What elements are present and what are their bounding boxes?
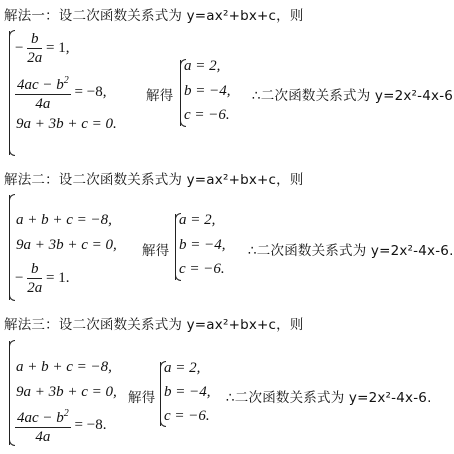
method-1-solve-label: 解得 bbox=[146, 84, 173, 104]
solution-a: a = 2, bbox=[184, 58, 220, 75]
solution-c: c = −6. bbox=[184, 107, 230, 124]
method-1-heading: 解法一：设二次函数关系式为 y=ax²+bx+c，则 bbox=[4, 4, 304, 24]
method-3-solve-label: 解得 bbox=[128, 386, 155, 406]
brace-tip-icon bbox=[4, 390, 10, 396]
equation-1: − b2a = 1, bbox=[15, 30, 69, 67]
equation-3: 4ac − b24a = −8. bbox=[15, 405, 106, 446]
method-2-solve-label: 解得 bbox=[142, 239, 169, 259]
brace-tip-icon bbox=[155, 390, 161, 396]
left-brace-icon bbox=[9, 31, 10, 155]
solution-b: b = −4, bbox=[179, 237, 226, 254]
solution-c: c = −6. bbox=[179, 261, 225, 278]
equation-1: a + b + c = −8, bbox=[16, 212, 112, 229]
equation-2: 4ac − b24a = −8, bbox=[15, 72, 106, 113]
equation-3: 9a + 3b + c = 0. bbox=[16, 116, 117, 133]
method-1-conclusion: ∴二次函数关系式为 y=2x²-4x-6. bbox=[252, 84, 454, 104]
method-2-heading: 解法二：设二次函数关系式为 y=ax²+bx+c，则 bbox=[4, 168, 304, 188]
solution-a: a = 2, bbox=[179, 212, 215, 229]
equation-2: 9a + 3b + c = 0, bbox=[16, 384, 117, 401]
brace-tip-icon bbox=[4, 87, 10, 93]
method-3-heading: 解法三：设二次函数关系式为 y=ax²+bx+c，则 bbox=[4, 313, 304, 333]
brace-tip-icon bbox=[4, 242, 10, 248]
equation-1: a + b + c = −8, bbox=[16, 359, 112, 376]
solution-b: b = −4, bbox=[164, 384, 211, 401]
solution-c: c = −6. bbox=[164, 408, 210, 425]
method-3-conclusion: ∴二次函数关系式为 y=2x²-4x-6. bbox=[226, 386, 432, 406]
equation-3: − b2a = 1. bbox=[15, 260, 69, 297]
brace-tip-icon bbox=[170, 243, 176, 249]
equation-2: 9a + 3b + c = 0, bbox=[16, 237, 117, 254]
solution-a: a = 2, bbox=[164, 360, 200, 377]
solution-b: b = −4, bbox=[184, 83, 231, 100]
method-2-conclusion: ∴二次函数关系式为 y=2x²-4x-6. bbox=[248, 239, 454, 259]
brace-tip-icon bbox=[175, 89, 181, 95]
